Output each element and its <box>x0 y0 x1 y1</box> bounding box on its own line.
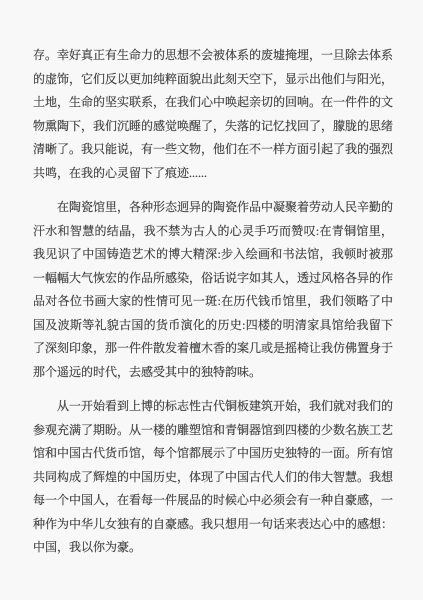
paragraph: 从一开始看到上博的标志性古代铜板建筑开始，我们就对我们的参观充满了期盼。从一楼的… <box>33 395 393 560</box>
paragraph: 存。幸好真正有生命力的思想不会被体系的废墟掩埋，一旦除去体系的虚饰，它们反以更加… <box>33 44 393 185</box>
document-page: 存。幸好真正有生命力的思想不会被体系的废墟掩埋，一旦除去体系的虚饰，它们反以更加… <box>0 0 423 600</box>
paragraph: 在陶瓷馆里，各种形态迥异的陶瓷作品中凝聚着劳动人民辛勤的汗水和智慧的结晶，我不禁… <box>33 196 393 384</box>
essay-text-block: 存。幸好真正有生命力的思想不会被体系的废墟掩埋，一旦除去体系的虚饰，它们反以更加… <box>33 44 393 571</box>
